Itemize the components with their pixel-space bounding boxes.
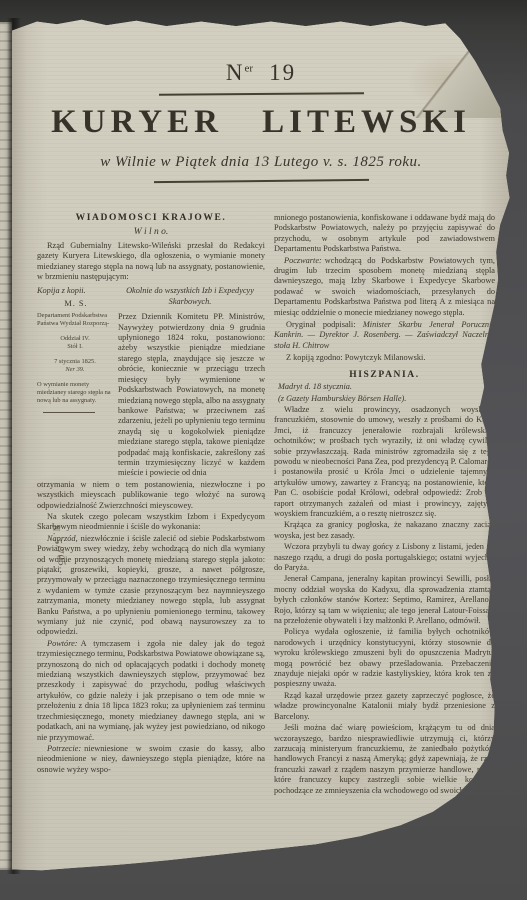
masthead: Ner19 KURYER LITEWSKI w Wilnie w Piątek … bbox=[12, 0, 510, 182]
section-heading-spain: HISZPANIA. bbox=[274, 370, 495, 380]
issue-n: N bbox=[226, 60, 245, 85]
decree-row: Departament Podskarbstwa Państwa Wydział… bbox=[37, 312, 265, 479]
margin-note-section: Oddział IV. Stół I. bbox=[37, 335, 113, 351]
spain-paragraph-7: Jeśli można dać wiarę powieściom, krążąc… bbox=[274, 723, 495, 796]
masthead-rule-top bbox=[158, 92, 363, 95]
issue-superscript: er bbox=[245, 62, 254, 74]
decree-continuation: otrzymania w niem o tem postanowienia, n… bbox=[37, 480, 265, 511]
copy-note-line1: Kopija z kopii. bbox=[37, 286, 86, 295]
order-item-4: Poczwarte:wchodzącą do Podskarbstw Powia… bbox=[274, 256, 495, 318]
order-item-1: Naprzód,niezwłócznie i ściśle zalecić od… bbox=[37, 534, 265, 638]
scan-background: Ner19 KURYER LITEWSKI w Wilnie w Piątek … bbox=[0, 0, 527, 900]
issue-num-value: 19 bbox=[269, 60, 296, 85]
spain-paragraph-1: Władze z wielu prowincyy, osadzonych woy… bbox=[274, 405, 495, 519]
masthead-dateline: w Wilnie w Piątek dnia 13 Lutego v. s. 1… bbox=[12, 154, 510, 171]
continuation-paragraph: mnionego postanowienia, konfiskowane i o… bbox=[274, 213, 495, 255]
newspaper-page: Ner19 KURYER LITEWSKI w Wilnie w Piątek … bbox=[12, 0, 510, 900]
spain-paragraph-2: Krążąca za granicy pogłoska, że nakazano… bbox=[274, 520, 495, 541]
section-heading-domestic: WIADOMOŚCI KRAJOWE. bbox=[37, 213, 265, 223]
order-item-2-label: Powtóre: bbox=[47, 639, 78, 648]
circular-title: Okolnie do wszystkich Izb i Expedycyy Sk… bbox=[115, 286, 265, 309]
margin-note-date: 7 stycznia 1825. bbox=[37, 358, 113, 366]
margin-note-number: Ner 39. bbox=[37, 366, 113, 374]
issue-number: Ner19 bbox=[12, 60, 510, 86]
dateline-madrid: Madryt d. 18 stycznia. bbox=[274, 382, 495, 392]
margin-note-date-block: 7 stycznia 1825. Ner 39. bbox=[37, 358, 113, 374]
order-item-1-text: niezwłócznie i ściśle zalecić od siebie … bbox=[37, 534, 265, 637]
masthead-rule-bottom bbox=[153, 179, 368, 183]
signature-paragraph: Oryginał podpisali: Minister Skarbu Jene… bbox=[274, 320, 495, 351]
source-note: (z Gazety Hamburskiey Börsen Halle). bbox=[274, 394, 495, 404]
margin-note-subject: O wymianie monety miedzianey starego stę… bbox=[37, 381, 113, 405]
order-intro: Na skutek czego polecam wszystkim Izbom … bbox=[37, 512, 265, 533]
order-item-2: Powtóre:A tymczasem i zgoła nie daley ja… bbox=[37, 639, 265, 743]
spain-paragraph-6: Rząd kazał urzędowie przez gazety zaprze… bbox=[274, 691, 495, 722]
margin-note-oddzial: Oddział IV. bbox=[37, 335, 113, 343]
margin-notes: Departament Podskarbstwa Państwa Wydział… bbox=[37, 312, 118, 479]
newspaper-title: KURYER LITEWSKI bbox=[12, 104, 510, 141]
copy-note: Kopija z kopii. M. S. bbox=[37, 286, 115, 309]
intro-paragraph: Rząd Gubernialny Litewsko-Wileński przes… bbox=[37, 241, 265, 283]
dateline-wilno: W i l n o. bbox=[37, 227, 265, 237]
order-item-4-label: Poczwarte: bbox=[284, 256, 322, 265]
order-item-2-text: A tymczasem i zgoła nie daley jak do teg… bbox=[37, 639, 265, 742]
copy-note-line2: M. S. bbox=[37, 299, 115, 309]
spain-paragraph-3: Wczora przybyli tu dway gońcy z Lisbony … bbox=[274, 542, 495, 573]
column-right: mnionego postanowienia, konfiskowane i o… bbox=[274, 213, 495, 868]
margin-note-desk: Stół I. bbox=[37, 343, 113, 351]
text-columns: WIADOMOŚCI KRAJOWE. W i l n o. Rząd Gube… bbox=[37, 213, 495, 868]
spain-paragraph-5: Policya wydała ogłoszenie, iż familia by… bbox=[274, 627, 495, 689]
column-left: WIADOMOŚCI KRAJOWE. W i l n o. Rząd Gube… bbox=[37, 213, 265, 868]
margin-note-department: Departament Podskarbstwa Państwa Wydział… bbox=[37, 312, 113, 328]
signature-label: Oryginał podpisali: bbox=[286, 320, 356, 329]
order-item-3-label: Potrzecie: bbox=[47, 744, 81, 753]
margin-note-rule bbox=[43, 412, 95, 413]
decree-body: Przez Dziennik Komitetu PP. Ministrów, N… bbox=[118, 312, 265, 479]
copy-note-row: Kopija z kopii. M. S. Okolnie do wszystk… bbox=[37, 286, 265, 309]
spain-paragraph-4: Jenerał Campana, jeneralny kapitan prowi… bbox=[274, 574, 495, 626]
copy-certification: Z kopiją zgodno: Powytczyk Milanowski. bbox=[274, 353, 495, 363]
order-item-3: Potrzecie:niewniesione w swoim czasie do… bbox=[37, 744, 265, 775]
